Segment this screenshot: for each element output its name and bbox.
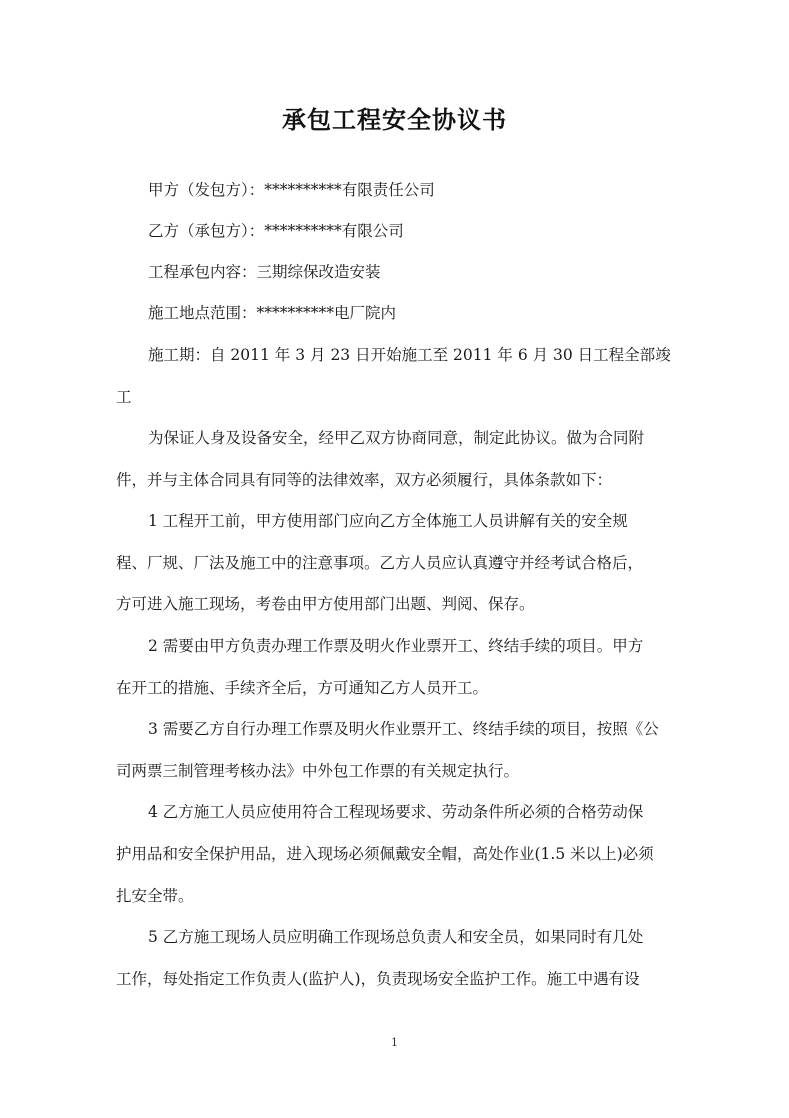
clause-4-line: 4 乙方施工人员应使用符合工程现场要求、劳动条件所必须的合格劳动保 [148,802,643,822]
clause-1-line: 程、厂规、厂法及施工中的注意事项。乙方人员应认真遵守并经考试合格后， [116,553,643,573]
clause-2-line: 在开工的措施、手续齐全后，方可通知乙方人员开工。 [116,678,488,698]
clause-4-line: 护用品和安全保护用品，进入现场必须佩戴安全帽，高处作业(1.5 米以上)必须 [116,844,654,864]
clause-1-line: 1 工程开工前，甲方使用部门应向乙方全体施工人员讲解有关的安全规 [148,511,628,531]
site-scope-line: 施工地点范围：**********电厂院内 [148,303,396,323]
clause-3-line: 司两票三制管理考核办法》中外包工作票的有关规定执行。 [116,761,519,781]
period-line-cont: 工 [116,387,132,407]
intro-paragraph-line: 件，并与主体合同具有同等的法律效率，双方必须履行，具体条款如下： [116,470,612,490]
clause-3-line: 3 需要乙方自行办理工作票及明火作业票开工、终结手续的项目，按照《公 [148,719,659,739]
clause-5-line: 5 乙方施工现场人员应明确工作现场总负责人和安全员，如果同时有几处 [148,927,643,947]
clause-4-line: 扎安全带。 [116,886,194,906]
clause-2-line: 2 需要由甲方负责办理工作票及明火作业票开工、终结手续的项目。甲方 [148,636,643,656]
party-a-line: 甲方（发包方）：**********有限责任公司 [148,180,435,200]
document-page: 承包工程安全协议书 甲方（发包方）：**********有限责任公司 乙方（承包… [0,0,789,1118]
period-line: 施工期：自 2011 年 3 月 23 日开始施工至 2011 年 6 月 30… [148,345,671,365]
intro-paragraph-line: 为保证人身及设备安全，经甲乙双方协商同意，制定此协议。做为合同附 [148,428,644,448]
party-b-line: 乙方（承包方）：**********有限公司 [148,221,404,241]
document-title: 承包工程安全协议书 [0,100,789,135]
clause-1-line: 方可进入施工现场，考卷由甲方使用部门出题、判阅、保存。 [116,594,535,614]
project-content-line: 工程承包内容：三期综保改造安装 [148,262,381,282]
clause-5-line: 工作，每处指定工作负责人(监护人)，负责现场安全监护工作。施工中遇有设 [116,969,640,989]
page-number: 1 [0,1036,789,1049]
